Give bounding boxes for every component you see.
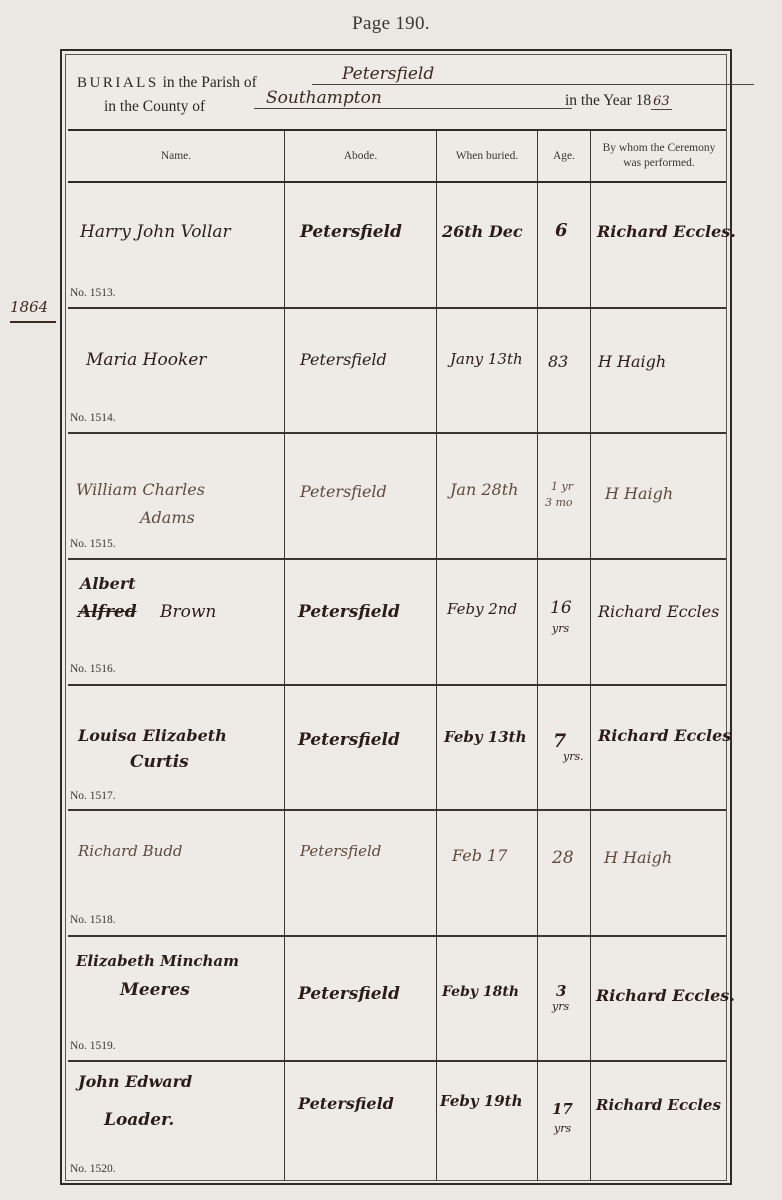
entry-name-line-2: Curtis [130,752,189,772]
column-header-abode: Abode. [285,131,436,181]
entry-name: Louisa Elizabeth [78,726,227,745]
entry-age-unit: yrs [552,622,569,635]
county-label: in the County of [104,98,205,116]
entry-officiant: H Haigh [604,848,672,867]
county-field: Southampton [254,88,572,109]
header-bottom-rule [68,181,726,183]
year-suffix: 63 [651,94,672,110]
row-rule [68,1060,726,1062]
entry-name: John Edward [78,1072,192,1091]
year-label: in the Year 1863 [565,92,672,110]
entry-date: Feby 18th [442,984,519,1000]
row-rule [68,307,726,309]
entry-date: 26th Dec [442,222,523,241]
entry-date: Jany 13th [450,350,523,368]
entry-officiant: Richard Eccles [596,1096,721,1114]
column-divider-1 [284,131,285,1181]
year-prefix: in the Year 18 [565,92,651,109]
entry-age: 6 [555,220,568,241]
row-rule [68,432,726,434]
officiant-header-line-1: By whom the Ceremony [603,141,716,156]
entry-officiant: Richard Eccles [598,726,731,745]
entry-date: Feby 13th [444,728,527,746]
entry-abode: Petersfield [300,350,387,369]
column-divider-3 [537,131,538,1181]
entry-abode: Petersfield [298,602,400,622]
row-rule [68,809,726,811]
entry-age: 3 [556,982,566,1000]
column-header-name: Name. [68,131,284,181]
column-header-age: Age. [538,131,590,181]
column-header-when-buried: When buried. [437,131,537,181]
entry-age: 7 [553,730,566,752]
entry-age: 17 [552,1100,573,1118]
entry-name-struck: Alfred [78,602,137,622]
entry-abode: Petersfield [298,1094,394,1113]
title-parish-label: in the Parish of [163,74,257,91]
column-header-officiant: By whom the Ceremony was performed. [591,131,727,181]
entry-name: Richard Budd [78,842,183,860]
entry-age-unit: yrs [554,1122,571,1135]
entry-officiant: Richard Eccles [598,602,719,621]
entry-name-correction: Albert [80,574,136,593]
entry-name-line-2: Loader. [104,1110,174,1130]
entry-age: 16 [550,598,572,618]
entry-officiant: H Haigh [605,484,673,503]
entry-age: 1 yr [551,480,573,493]
entry-abode: Petersfield [298,730,400,750]
entry-date: Feby 19th [440,1092,523,1110]
entry-date: Feb 17 [452,846,507,865]
column-divider-2 [436,131,437,1181]
entry-date: Jan 28th [450,480,518,499]
margin-underline [10,321,56,323]
entry-age-unit: yrs [552,1000,569,1013]
entry-name: William Charles [76,480,205,499]
row-rule [68,935,726,937]
entry-name: Elizabeth Mincham [76,952,239,970]
row-rule [68,684,726,686]
entry-number: No. 1517. [70,790,116,802]
entry-abode: Petersfield [300,842,381,860]
entry-number: No. 1516. [70,663,116,675]
entry-number: No. 1515. [70,538,116,550]
entry-date: Feby 2nd [447,600,517,618]
entry-number: No. 1514. [70,412,116,424]
page-number: Page 190. [0,13,782,35]
officiant-header-line-2: was performed. [623,156,695,171]
margin-year-note: 1864 [10,298,48,316]
column-divider-4 [590,131,591,1181]
entry-age: 28 [552,848,574,868]
entry-surname: Brown [160,602,216,622]
row-rule [68,558,726,560]
entry-name-line-2: Meeres [120,980,190,1000]
entry-age: 83 [548,352,568,371]
parish-field: Petersfield [312,64,754,85]
entry-age-unit: yrs. [563,750,584,763]
entry-officiant: Richard Eccles. [597,222,736,241]
title-burials: BURIALS [77,75,159,91]
entry-number: No. 1513. [70,287,116,299]
entry-name-line-2: Adams [140,508,195,527]
entry-officiant: H Haigh [598,352,666,371]
entry-number: No. 1519. [70,1040,116,1052]
entry-officiant: Richard Eccles. [596,986,735,1005]
entry-abode: Petersfield [300,482,387,501]
title-line-1: BURIALS in the Parish of [77,74,257,92]
entry-name: Harry John Vollar [80,222,231,242]
entry-number: No. 1520. [70,1163,116,1175]
entry-abode: Petersfield [298,984,400,1004]
entry-abode: Petersfield [300,222,402,242]
entry-name: Maria Hooker [86,350,206,370]
entry-number: No. 1518. [70,914,116,926]
entry-age-line-2: 3 mo [545,496,573,509]
